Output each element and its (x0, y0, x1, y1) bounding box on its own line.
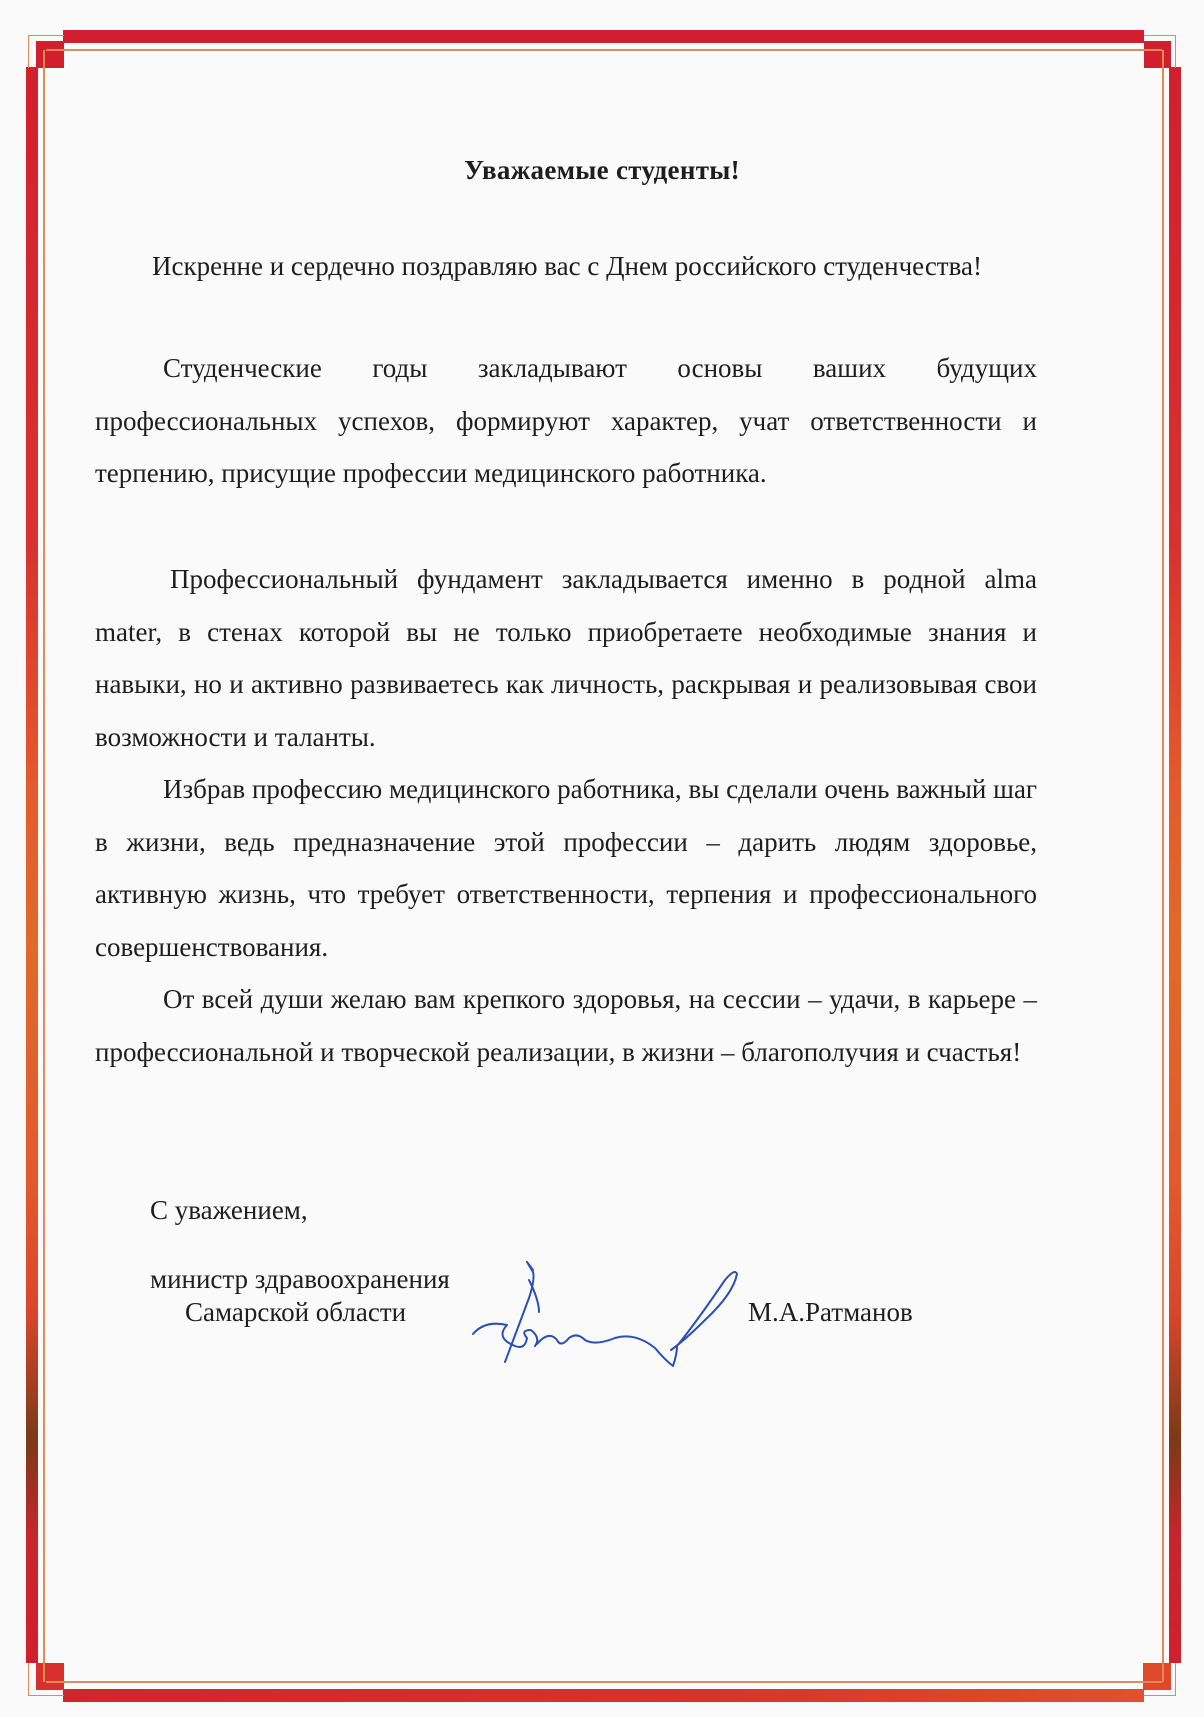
paragraph-alma-mater: Профессиональный фундамент закладывается… (95, 553, 1037, 763)
handwritten-signature (465, 1250, 755, 1380)
letter-heading: Уважаемые студенты! (0, 155, 1204, 186)
corner-bottom-left (36, 1663, 64, 1690)
paragraph-text: Студенческие годы закладывают основы ваш… (95, 342, 1037, 500)
paragraph-student-years: Студенческие годы закладывают основы ваш… (95, 342, 1037, 500)
outer-line-tr-v (1175, 35, 1176, 68)
paragraph-text: Искренне и сердечно поздравляю вас с Дне… (80, 240, 1035, 293)
outer-line-tl-v (28, 35, 29, 68)
corner-bottom-right (1143, 1663, 1171, 1690)
outer-line-bl-v (28, 1663, 29, 1696)
signatory-title-line2: Самарской области (185, 1297, 406, 1328)
paragraph-profession: Избрав профессию медицинского работника,… (95, 763, 1037, 973)
paragraph-text: Избрав профессию медицинского работника,… (95, 763, 1037, 973)
corner-top-right (1144, 41, 1171, 68)
signatory-name: М.А.Ратманов (748, 1297, 913, 1328)
border-bottom (63, 1689, 1144, 1702)
outer-line-br-h (1144, 1695, 1176, 1696)
paragraph-wishes: От всей души желаю вам крепкого здоровья… (95, 973, 1037, 1078)
inner-line-left (43, 50, 45, 1682)
inner-line-top (46, 49, 1162, 51)
inner-line-right (1162, 50, 1164, 1682)
paragraph-text: От всей души желаю вам крепкого здоровья… (95, 973, 1037, 1078)
outer-line-tr-h (1144, 35, 1176, 36)
closing-salutation: С уважением, (150, 1195, 308, 1226)
paragraph-greeting: Искренне и сердечно поздравляю вас с Дне… (80, 240, 1035, 293)
outer-line-tl-h (28, 35, 64, 36)
inner-line-bottom (46, 1681, 1162, 1683)
border-left (26, 67, 38, 1663)
outer-line-br-v (1175, 1663, 1176, 1696)
border-top (63, 30, 1144, 43)
paragraph-text: Профессиональный фундамент закладывается… (95, 553, 1037, 763)
border-right (1169, 67, 1181, 1663)
corner-top-left (36, 41, 64, 68)
signatory-title-line1: министр здравоохранения (150, 1264, 450, 1295)
outer-line-bl-h (28, 1695, 64, 1696)
